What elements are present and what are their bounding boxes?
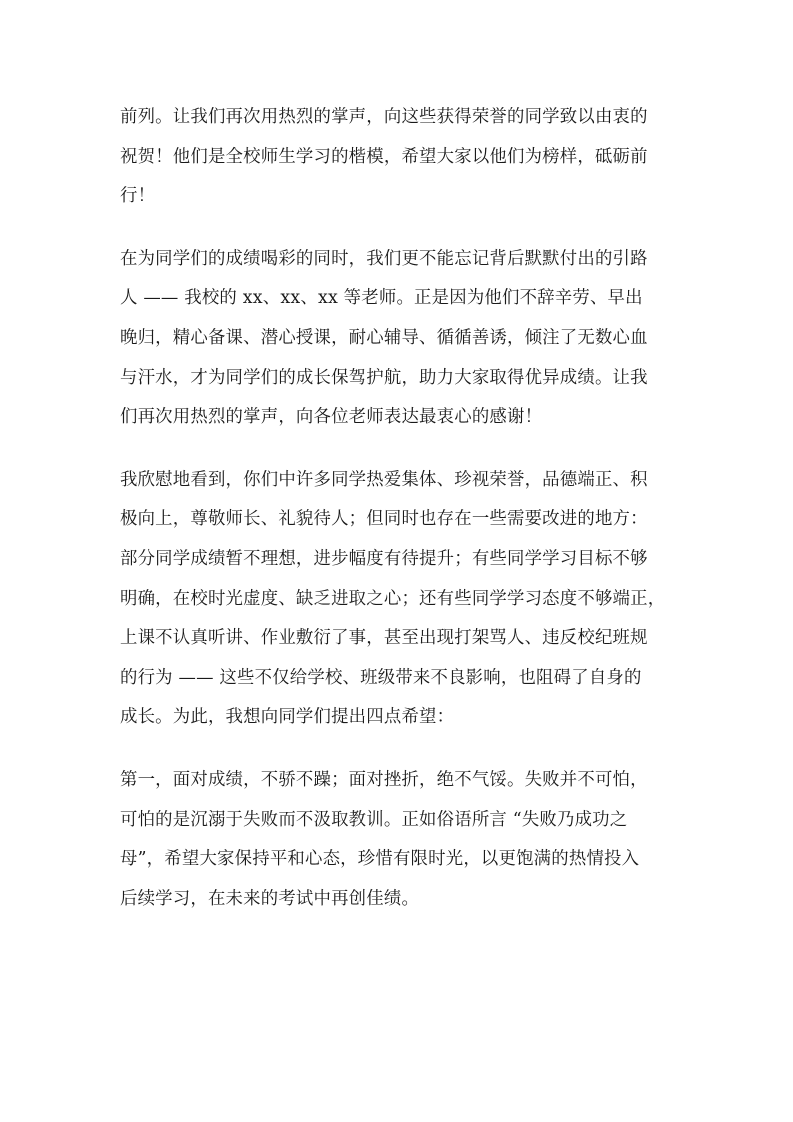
text-line: 我欣慰地看到，你们中许多同学热爱集体、珍视荣誉，品德端正、积 bbox=[120, 461, 680, 501]
text-line: 晚归，精心备课、潜心授课，耐心辅导、循循善诱，倾注了无数心血 bbox=[120, 319, 680, 359]
text-line: 的行为 —— 这些不仅给学校、班级带来不良影响，也阻碍了自身的 bbox=[120, 659, 680, 699]
document-page: 前列。让我们再次用热烈的掌声，向这些获得荣誉的同学致以由衷的 祝贺！他们是全校师… bbox=[120, 98, 680, 942]
text-line: 后续学习，在未来的考试中再创佳绩。 bbox=[120, 880, 680, 920]
text-line: 极向上，尊敬师长、礼貌待人；但同时也存在一些需要改进的地方： bbox=[120, 500, 680, 540]
text-line: 行！ bbox=[120, 177, 680, 217]
text-line: 明确，在校时光虚度、缺乏进取之心；还有些同学学习态度不够端正， bbox=[120, 580, 680, 620]
paragraph-1: 前列。让我们再次用热烈的掌声，向这些获得荣誉的同学致以由衷的 祝贺！他们是全校师… bbox=[120, 98, 680, 217]
text-line: 人 —— 我校的 xx、xx、xx 等老师。正是因为他们不辞辛劳、早出 bbox=[120, 279, 680, 319]
text-line: 与汗水，才为同学们的成长保驾护航，助力大家取得优异成绩。让我 bbox=[120, 359, 680, 399]
text-line: 可怕的是沉溺于失败而不汲取教训。正如俗语所言 “失败乃成功之 bbox=[120, 801, 680, 841]
text-line: 部分同学成绩暂不理想，进步幅度有待提升；有些同学学习目标不够 bbox=[120, 540, 680, 580]
text-line: 前列。让我们再次用热烈的掌声，向这些获得荣誉的同学致以由衷的 bbox=[120, 98, 680, 138]
text-line: 母”，希望大家保持平和心态，珍惜有限时光，以更饱满的热情投入 bbox=[120, 840, 680, 880]
text-line: 第一，面对成绩，不骄不躁；面对挫折，绝不气馁。失败并不可怕， bbox=[120, 761, 680, 801]
text-line: 们再次用热烈的掌声，向各位老师表达最衷心的感谢！ bbox=[120, 398, 680, 438]
paragraph-2: 在为同学们的成绩喝彩的同时，我们更不能忘记背后默默付出的引路 人 —— 我校的 … bbox=[120, 240, 680, 438]
paragraph-4: 第一，面对成绩，不骄不躁；面对挫折，绝不气馁。失败并不可怕， 可怕的是沉溺于失败… bbox=[120, 761, 680, 919]
paragraph-3: 我欣慰地看到，你们中许多同学热爱集体、珍视荣誉，品德端正、积 极向上，尊敬师长、… bbox=[120, 461, 680, 738]
text-line: 上课不认真听讲、作业敷衍了事，甚至出现打架骂人、违反校纪班规 bbox=[120, 619, 680, 659]
text-line: 成长。为此，我想向同学们提出四点希望： bbox=[120, 698, 680, 738]
text-line: 祝贺！他们是全校师生学习的楷模，希望大家以他们为榜样，砥砺前 bbox=[120, 138, 680, 178]
text-line: 在为同学们的成绩喝彩的同时，我们更不能忘记背后默默付出的引路 bbox=[120, 240, 680, 280]
